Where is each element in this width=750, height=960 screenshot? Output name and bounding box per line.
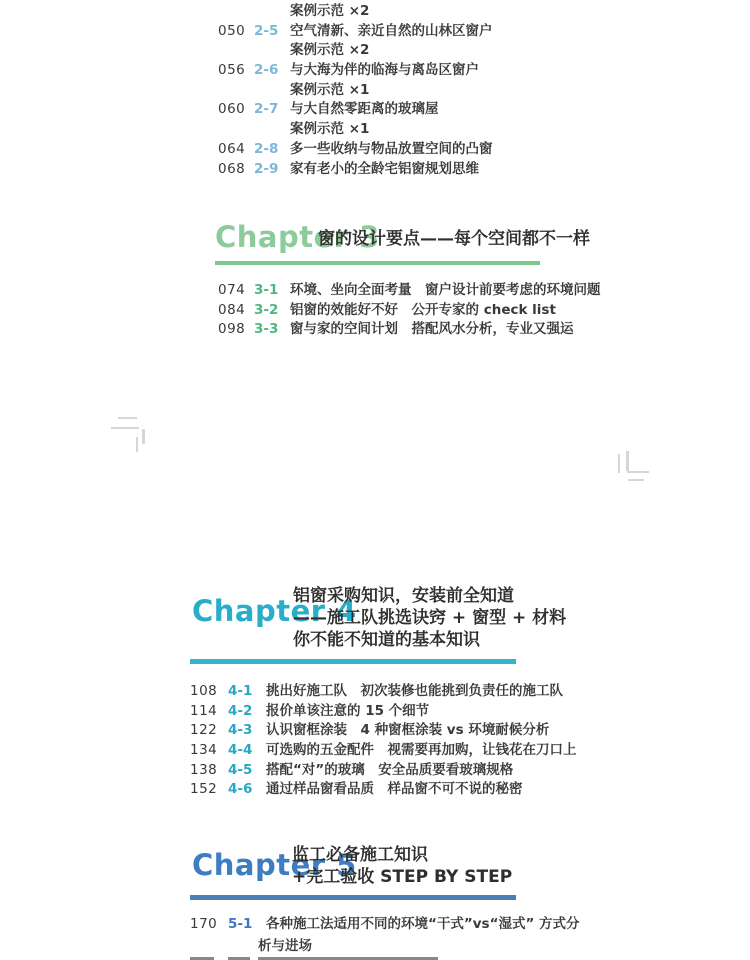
toc-row: 108 4-1 挑出好施工队 初次装修也能挑到负责任的施工队 [190,682,577,702]
page-number: 122 [190,721,224,741]
entry-title: 案例示范 ×1 [290,120,369,140]
section-number: 2-8 [254,140,284,160]
entry-title: 报价单该注意的 15 个细节 [266,702,429,722]
toc-row: 122 4-3 认识窗框涂装 4 种窗框涂装 vs 环境耐候分析 [190,721,577,741]
case-label-row: 案例示范 ×1 [218,81,493,101]
page-number: 138 [190,761,224,781]
section-number: 4-2 [228,702,258,722]
case-label-row: 案例示范 ×1 [218,120,493,140]
section-ch3: 074 3-1 环境、坐向全面考量 窗户设计前要考虑的环境问题 084 3-2 … [218,281,601,340]
entry-title-wrapped-line: 析与进场 [258,937,312,957]
section-number: 4-3 [228,721,258,741]
page-number: 068 [218,160,252,180]
page-number: 170 [190,915,224,935]
page-number: 134 [190,741,224,761]
page-number: 056 [218,61,252,81]
chapter4-title-line1: 铝窗采购知识，安装前全知道 [293,586,514,606]
case-label-row: 案例示范 ×2 [218,41,493,61]
entry-title: 与大海为伴的临海与离岛区窗户 [290,61,479,81]
chapter4-title-line3: 你不能不知道的基本知识 [293,630,480,650]
section-number [254,41,284,61]
section-number [254,81,284,101]
toc-row: 084 3-2 铝窗的效能好不好 公开专家的 check list [218,301,601,321]
entry-title: 通过样品窗看品质 样品窗不可不说的秘密 [266,780,523,800]
page-number: 084 [218,301,252,321]
section-number: 4-1 [228,682,258,702]
entry-title: 可选购的五金配件 视需要再加购，让钱花在刀口上 [266,741,577,761]
section-ch4: 108 4-1 挑出好施工队 初次装修也能挑到负责任的施工队 114 4-2 报… [190,682,577,800]
page-number: 108 [190,682,224,702]
page-number: 060 [218,100,252,120]
section-number: 3-1 [254,281,284,301]
section-number [254,2,284,22]
chapter5-title-line2: +完工验收 STEP BY STEP [292,867,512,887]
section-number: 4-5 [228,761,258,781]
chapter3-underline [215,261,540,265]
section-number: 3-2 [254,301,284,321]
toc-row: 068 2-9 家有老小的全龄宅铝窗规划思维 [218,160,493,180]
toc-row: 074 3-1 环境、坐向全面考量 窗户设计前要考虑的环境问题 [218,281,601,301]
case-label-row: 案例示范 ×2 [218,2,493,22]
chapter4-underline [190,659,516,664]
page-number [218,41,252,61]
entry-title: 案例示范 ×2 [290,2,369,22]
section-number: 4-6 [228,780,258,800]
chapter4-title-line2: ——施工队挑选诀窍 + 窗型 + 材料 [293,608,566,628]
entry-title: 家有老小的全龄宅铝窗规划思维 [290,160,479,180]
page-number: 152 [190,780,224,800]
section-number [254,120,284,140]
section-number: 3-3 [254,320,284,340]
chapter5-underline [190,895,516,900]
chapter3-title: 窗的设计要点——每个空间都不一样 [318,228,590,250]
page-number [218,81,252,101]
entry-title: 认识窗框涂装 4 种窗框涂装 vs 环境耐候分析 [266,721,549,741]
toc-row: 114 4-2 报价单该注意的 15 个细节 [190,702,577,722]
entry-title: 搭配“对”的玻璃 安全品质要看玻璃规格 [266,761,513,781]
entry-title: 案例示范 ×1 [290,81,369,101]
section-number: 4-4 [228,741,258,761]
toc-row: 134 4-4 可选购的五金配件 视需要再加购，让钱花在刀口上 [190,741,577,761]
toc-row: 152 4-6 通过样品窗看品质 样品窗不可不说的秘密 [190,780,577,800]
section-number: 2-7 [254,100,284,120]
section-ch2-continued: 案例示范 ×2 050 2-5 空气清新、亲近自然的山林区窗户 案例示范 ×2 … [218,2,493,179]
toc-row: 050 2-5 空气清新、亲近自然的山林区窗户 [218,22,493,42]
chapter5-title: 监工必备施工知识+完工验收 STEP BY STEP [292,844,512,888]
entry-title: 环境、坐向全面考量 窗户设计前要考虑的环境问题 [290,281,601,301]
toc-row: 060 2-7 与大自然零距离的玻璃屋 [218,100,493,120]
page-number: 064 [218,140,252,160]
toc-row: 138 4-5 搭配“对”的玻璃 安全品质要看玻璃规格 [190,761,577,781]
page-number: 074 [218,281,252,301]
page-number: 114 [190,702,224,722]
toc-row: 064 2-8 多一些收纳与物品放置空间的凸窗 [218,140,493,160]
entry-title: 多一些收纳与物品放置空间的凸窗 [290,140,493,160]
entry-title: 案例示范 ×2 [290,41,369,61]
toc-row: 056 2-6 与大海为伴的临海与离岛区窗户 [218,61,493,81]
entry-title: 挑出好施工队 初次装修也能挑到负责任的施工队 [266,682,563,702]
section-ch5: 170 5-1 各种施工法适用不同的环境“干式”vs“湿式” 方式分 [190,915,580,935]
entry-title: 各种施工法适用不同的环境“干式”vs“湿式” 方式分 [266,915,580,935]
page-number: 098 [218,320,252,340]
section-number: 2-6 [254,61,284,81]
entry-title: 空气清新、亲近自然的山林区窗户 [290,22,493,42]
entry-title: 与大自然零距离的玻璃屋 [290,100,439,120]
section-number: 2-5 [254,22,284,42]
entry-title: 铝窗的效能好不好 公开专家的 check list [290,301,556,321]
toc-page: 案例示范 ×2 050 2-5 空气清新、亲近自然的山林区窗户 案例示范 ×2 … [0,0,750,960]
page-number: 050 [218,22,252,42]
page-number [218,120,252,140]
chapter4-title: 铝窗采购知识，安装前全知道——施工队挑选诀窍 + 窗型 + 材料你不能不知道的基… [293,585,566,651]
page-number [218,2,252,22]
entry-title: 窗与家的空间计划 搭配风水分析，专业又强运 [290,320,574,340]
toc-row: 170 5-1 各种施工法适用不同的环境“干式”vs“湿式” 方式分 [190,915,580,935]
section-number: 2-9 [254,160,284,180]
chapter5-title-line1: 监工必备施工知识 [292,845,428,865]
section-number: 5-1 [228,915,258,935]
toc-row: 098 3-3 窗与家的空间计划 搭配风水分析，专业又强运 [218,320,601,340]
